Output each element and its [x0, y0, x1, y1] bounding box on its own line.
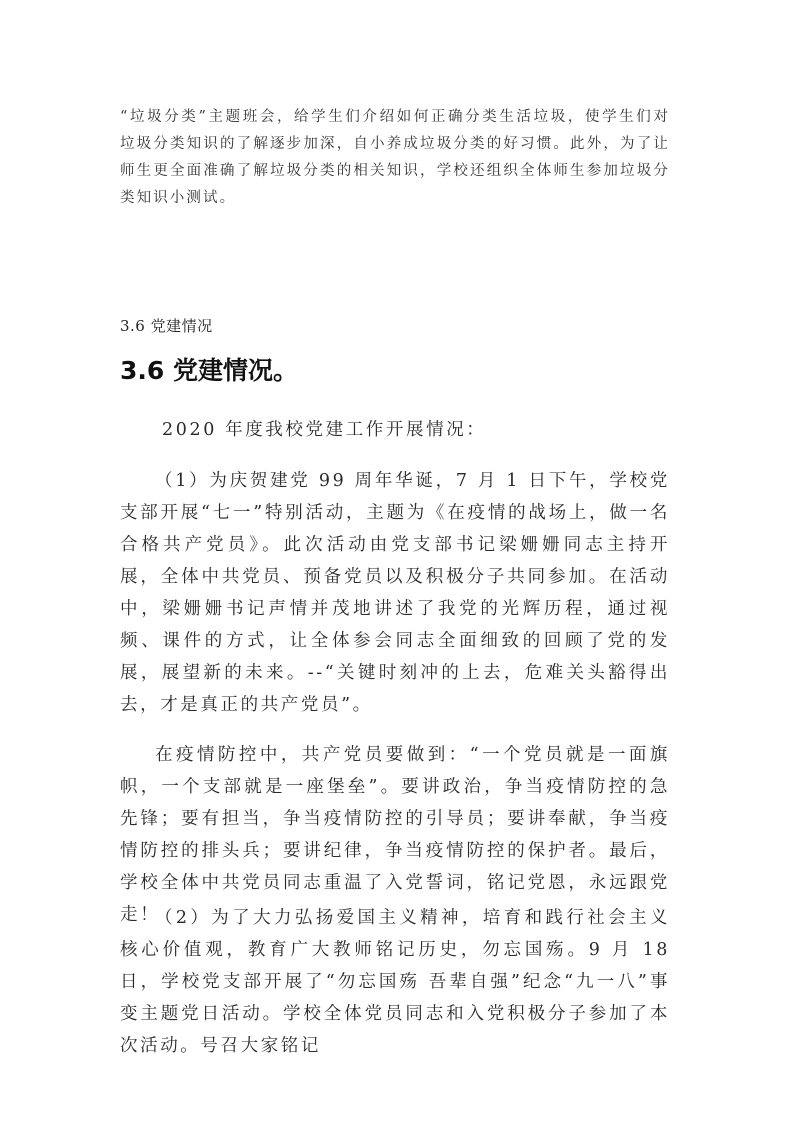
lead-line: 2020 年度我校党建工作开展情况： — [120, 414, 670, 446]
section-heading-small: 3.6 党建情况 — [120, 316, 670, 336]
paragraph-3: （2）为了大力弘扬爱国主义精神，培育和践行社会主义核心价值观，教育广大教师铭记历… — [120, 902, 670, 1062]
section-heading-small-block: 3.6 党建情况 — [120, 316, 670, 336]
document-page: “垃圾分类”主题班会，给学生们介绍如何正确分类生活垃圾，使学生们对垃圾分类知识的… — [0, 0, 800, 1131]
intro-paragraph-block: “垃圾分类”主题班会，给学生们介绍如何正确分类生活垃圾，使学生们对垃圾分类知识的… — [120, 104, 670, 212]
paragraph-3-block: （2）为了大力弘扬爱国主义精神，培育和践行社会主义核心价值观，教育广大教师铭记历… — [120, 902, 670, 1062]
intro-paragraph: “垃圾分类”主题班会，给学生们介绍如何正确分类生活垃圾，使学生们对垃圾分类知识的… — [120, 104, 670, 212]
paragraph-1: （1）为庆贺建党 99 周年华诞，7 月 1 日下午，学校党支部开展“七一”特别… — [120, 465, 670, 721]
lead-line-block: 2020 年度我校党建工作开展情况： — [120, 414, 670, 446]
paragraph-1-block: （1）为庆贺建党 99 周年华诞，7 月 1 日下午，学校党支部开展“七一”特别… — [120, 465, 670, 721]
section-heading-large-block: 3.6 党建情况。 — [120, 355, 670, 387]
section-heading-large: 3.6 党建情况。 — [120, 355, 670, 387]
